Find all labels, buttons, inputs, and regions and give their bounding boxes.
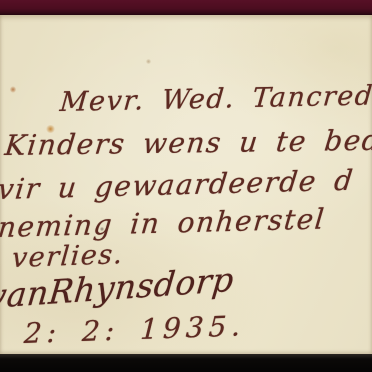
handwritten-card: Mevr. Wed. Tancred Kinders wens u te bed… <box>0 15 372 354</box>
table-surface-bottom <box>0 354 372 372</box>
foxing-spot <box>10 86 16 93</box>
date-line: 2: 2: 1935. <box>23 309 246 350</box>
handwritten-line-2: Kinders wens u te bed <box>3 124 372 162</box>
handwritten-line-1: Mevr. Wed. Tancred <box>59 80 372 118</box>
photo-of-handwritten-card: Mevr. Wed. Tancred Kinders wens u te bed… <box>0 0 372 372</box>
table-surface-top <box>0 0 372 15</box>
handwritten-line-4: neming in onherstel <box>0 202 327 244</box>
foxing-spot <box>146 59 151 64</box>
handwritten-line-3: vir u gewaardeerde d <box>0 164 356 206</box>
